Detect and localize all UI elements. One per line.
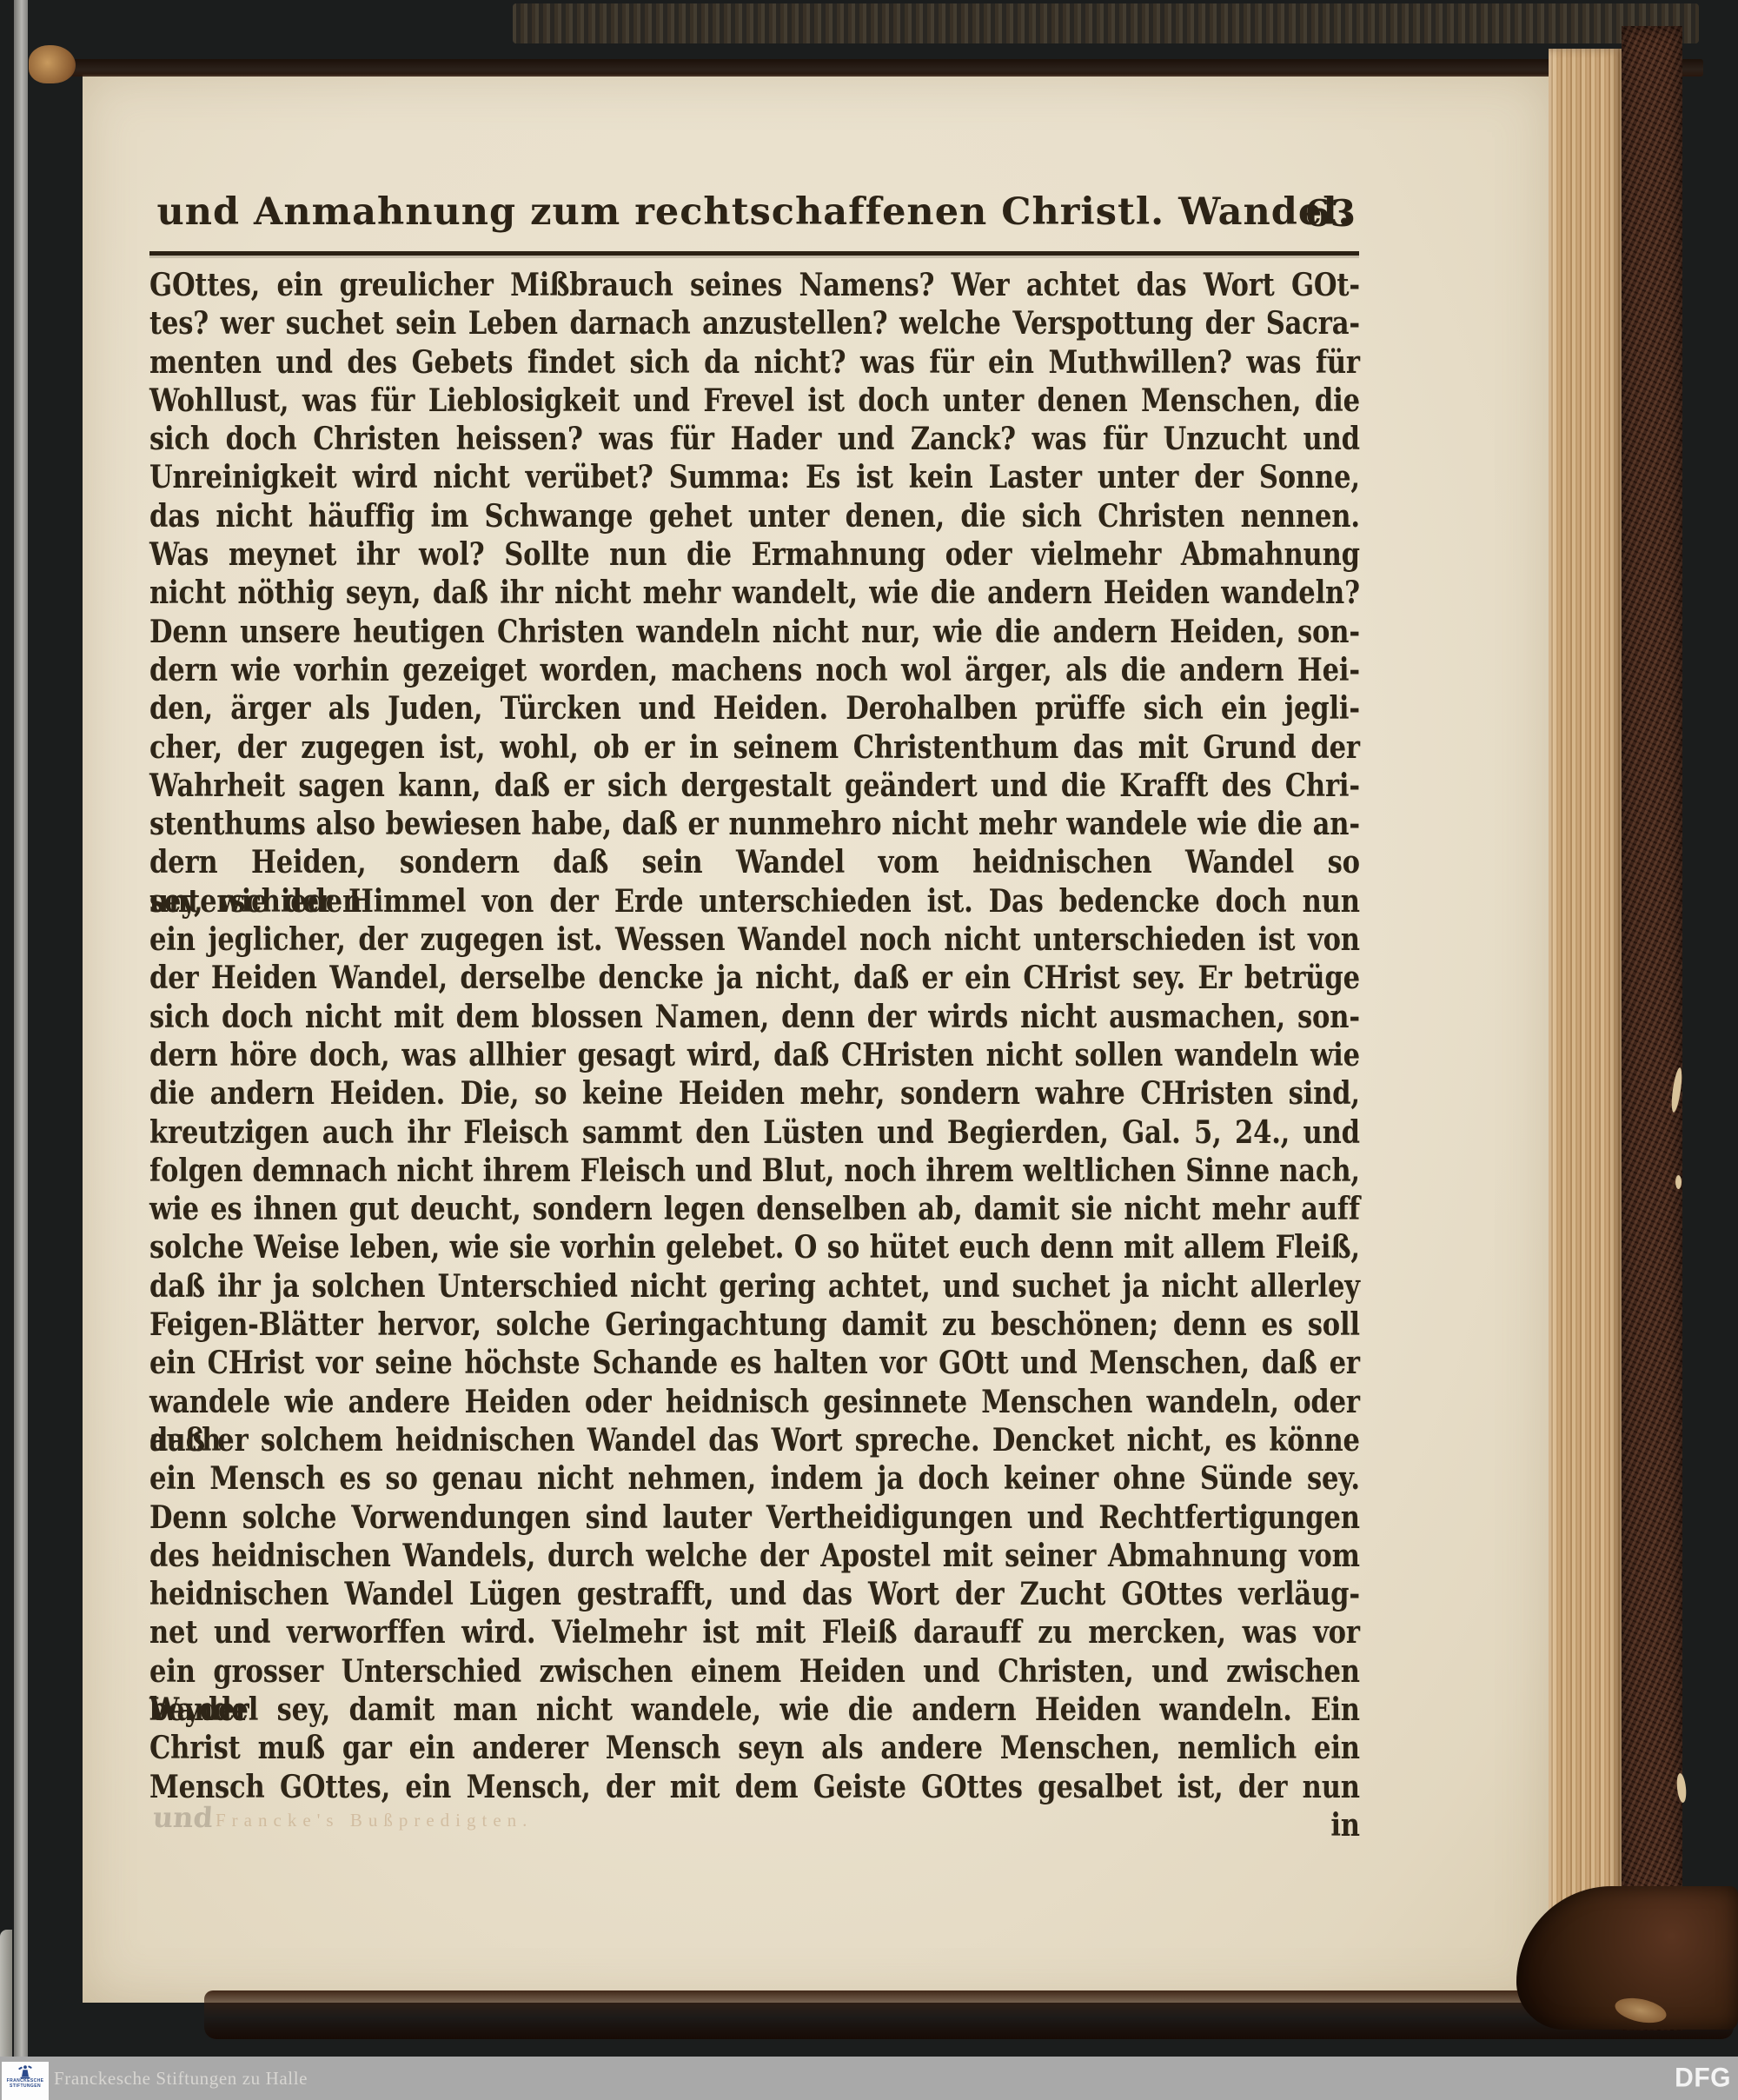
footer-bar: FRANCKESCHE STIFTUNGEN Franckesche Stift…: [0, 2057, 1738, 2100]
ink-offset-ghost: und: [152, 1801, 215, 1834]
pencil-annotation: Francke's Bußpredigten.: [216, 1810, 533, 1831]
text-line: heidnischen Wandel Lügen gestrafft, und …: [149, 1575, 1360, 1613]
text-line: das nicht häuffig im Schwange gehet unte…: [149, 497, 1360, 535]
text-line: den, ärger als Juden, Türcken und Heiden…: [149, 689, 1360, 728]
text-line: Was meynet ihr wol? Sollte nun die Ermah…: [149, 535, 1360, 574]
text-line: wandele wie andere Heiden oder heidnisch…: [149, 1383, 1360, 1421]
institution-label: Franckesche Stiftungen zu Halle: [54, 2057, 308, 2100]
text-line: der Heiden Wandel, derselbe dencke ja ni…: [149, 959, 1360, 997]
text-line: ein jeglicher, der zugegen ist. Wessen W…: [149, 920, 1360, 959]
text-line: ein grosser Unterschied zwischen einem H…: [149, 1652, 1360, 1691]
page-number: 63: [1305, 191, 1356, 236]
text-line: sich doch nicht mit dem blossen Namen, d…: [149, 998, 1360, 1036]
top-page-edges: [513, 3, 1699, 43]
body-text: GOttes, ein greulicher Mißbrauch seines …: [149, 266, 1360, 1844]
text-line: ein CHrist vor seine höchste Schande es …: [149, 1344, 1360, 1382]
text-line: Christ muß gar ein anderer Mensch seyn a…: [149, 1729, 1360, 1767]
text-line: daß ihr ja solchen Unterschied nicht ger…: [149, 1267, 1360, 1306]
text-line: dern wie vorhin gezeiget worden, machens…: [149, 651, 1360, 689]
text-line: cher, der zugegen ist, wohl, ob er in se…: [149, 728, 1360, 767]
text-line: daß er solchem heidnischen Wandel das Wo…: [149, 1421, 1360, 1459]
text-line: GOttes, ein greulicher Mißbrauch seines …: [149, 266, 1360, 304]
text-line: tes? wer suchet sein Leben darnach anzus…: [149, 304, 1360, 342]
header-rule: [149, 251, 1359, 256]
text-line: Mensch GOttes, ein Mensch, der mit dem G…: [149, 1768, 1360, 1806]
text-line: folgen demnach nicht ihrem Fleisch und B…: [149, 1152, 1360, 1190]
left-page-sliver: [14, 0, 28, 2057]
left-corner-sliver: [0, 1930, 12, 2057]
text-line: menten und des Gebets findet sich da nic…: [149, 343, 1360, 382]
text-line: Wahrheit sagen kann, daß er sich dergest…: [149, 767, 1360, 805]
text-line: des heidnischen Wandels, durch welche de…: [149, 1537, 1360, 1575]
francke-figure-icon: [17, 2064, 33, 2079]
worn-corner-top-left: [29, 45, 76, 83]
text-line: Wandel sey, damit man nicht wandele, wie…: [149, 1691, 1360, 1729]
running-head: und Anmahnung zum rechtschaffenen Christ…: [149, 189, 1359, 235]
text-line: solche Weise leben, wie sie vorhin geleb…: [149, 1228, 1360, 1266]
text-line: nicht nöthig seyn, daß ihr nicht mehr wa…: [149, 574, 1360, 612]
text-line: sich doch Christen heissen? was für Hade…: [149, 420, 1360, 458]
text-line: sey, wie der Himmel von der Erde untersc…: [149, 882, 1360, 920]
logo-caption-line2: STIFTUNGEN: [10, 2084, 41, 2090]
text-line: kreutzigen auch ihr Fleisch sammt den Lü…: [149, 1113, 1360, 1152]
text-line: stenthums also bewiesen habe, daß er nun…: [149, 805, 1360, 843]
running-title: und Anmahnung zum rechtschaffenen Christ…: [156, 190, 1351, 234]
text-line: dern Heiden, sondern daß sein Wandel vom…: [149, 843, 1360, 881]
text-line: Unreinigkeit wird nicht verübet? Summa: …: [149, 458, 1360, 496]
text-line: dern höre doch, was allhier gesagt wird,…: [149, 1036, 1360, 1074]
cover-top-edge: [48, 59, 1703, 76]
dfg-logo: DFG: [1675, 2056, 1731, 2100]
text-line: Denn solche Vorwendungen sind lauter Ver…: [149, 1499, 1360, 1537]
leather-chip: [1675, 1175, 1682, 1189]
text-line: net und verworffen wird. Vielmehr ist mi…: [149, 1613, 1360, 1651]
text-line: ein Mensch es so genau nicht nehmen, ind…: [149, 1459, 1360, 1498]
text-line: wie es ihnen gut deucht, sondern legen d…: [149, 1190, 1360, 1228]
book-scan: und Anmahnung zum rechtschaffenen Christ…: [0, 0, 1738, 2100]
text-line: Feigen-Blätter hervor, solche Geringacht…: [149, 1306, 1360, 1344]
franckesche-stiftungen-logo: FRANCKESCHE STIFTUNGEN: [2, 2062, 49, 2100]
text-line: Denn unsere heutigen Christen wandeln ni…: [149, 613, 1360, 651]
cover-bottom-edge: [204, 1990, 1734, 2039]
text-line: Wohllust, was für Lieblosigkeit und Frev…: [149, 382, 1360, 420]
leather-cover-band: [1622, 26, 1682, 2030]
page-fore-edge: [1549, 49, 1622, 1994]
text-line: die andern Heiden. Die, so keine Heiden …: [149, 1074, 1360, 1113]
